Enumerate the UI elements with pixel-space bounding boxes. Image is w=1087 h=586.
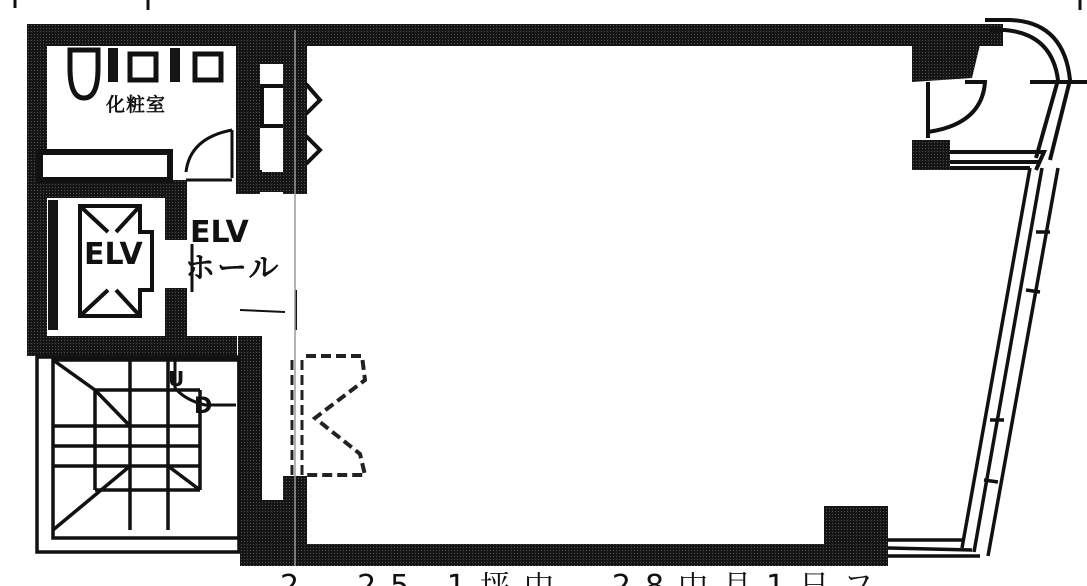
elevator-hall-label-line2: ホール [185,254,280,284]
office-walls [240,24,1003,566]
entrance-door [292,356,365,480]
top-tick-marks [15,0,1080,10]
elevator-hall-label-line1: ELV [190,218,249,248]
stairs [37,357,239,552]
slanted-window-wall [888,168,1058,556]
stairs-up-label: U [168,369,184,389]
bottom-caption: 2 25.1坪中 28中月1日フ [280,572,887,586]
floor-plan-drawing [0,0,1087,586]
restroom-label: 化粧室 [106,96,166,115]
stairs-down-label: D [194,396,212,418]
elevator-label: ELV [84,240,143,270]
